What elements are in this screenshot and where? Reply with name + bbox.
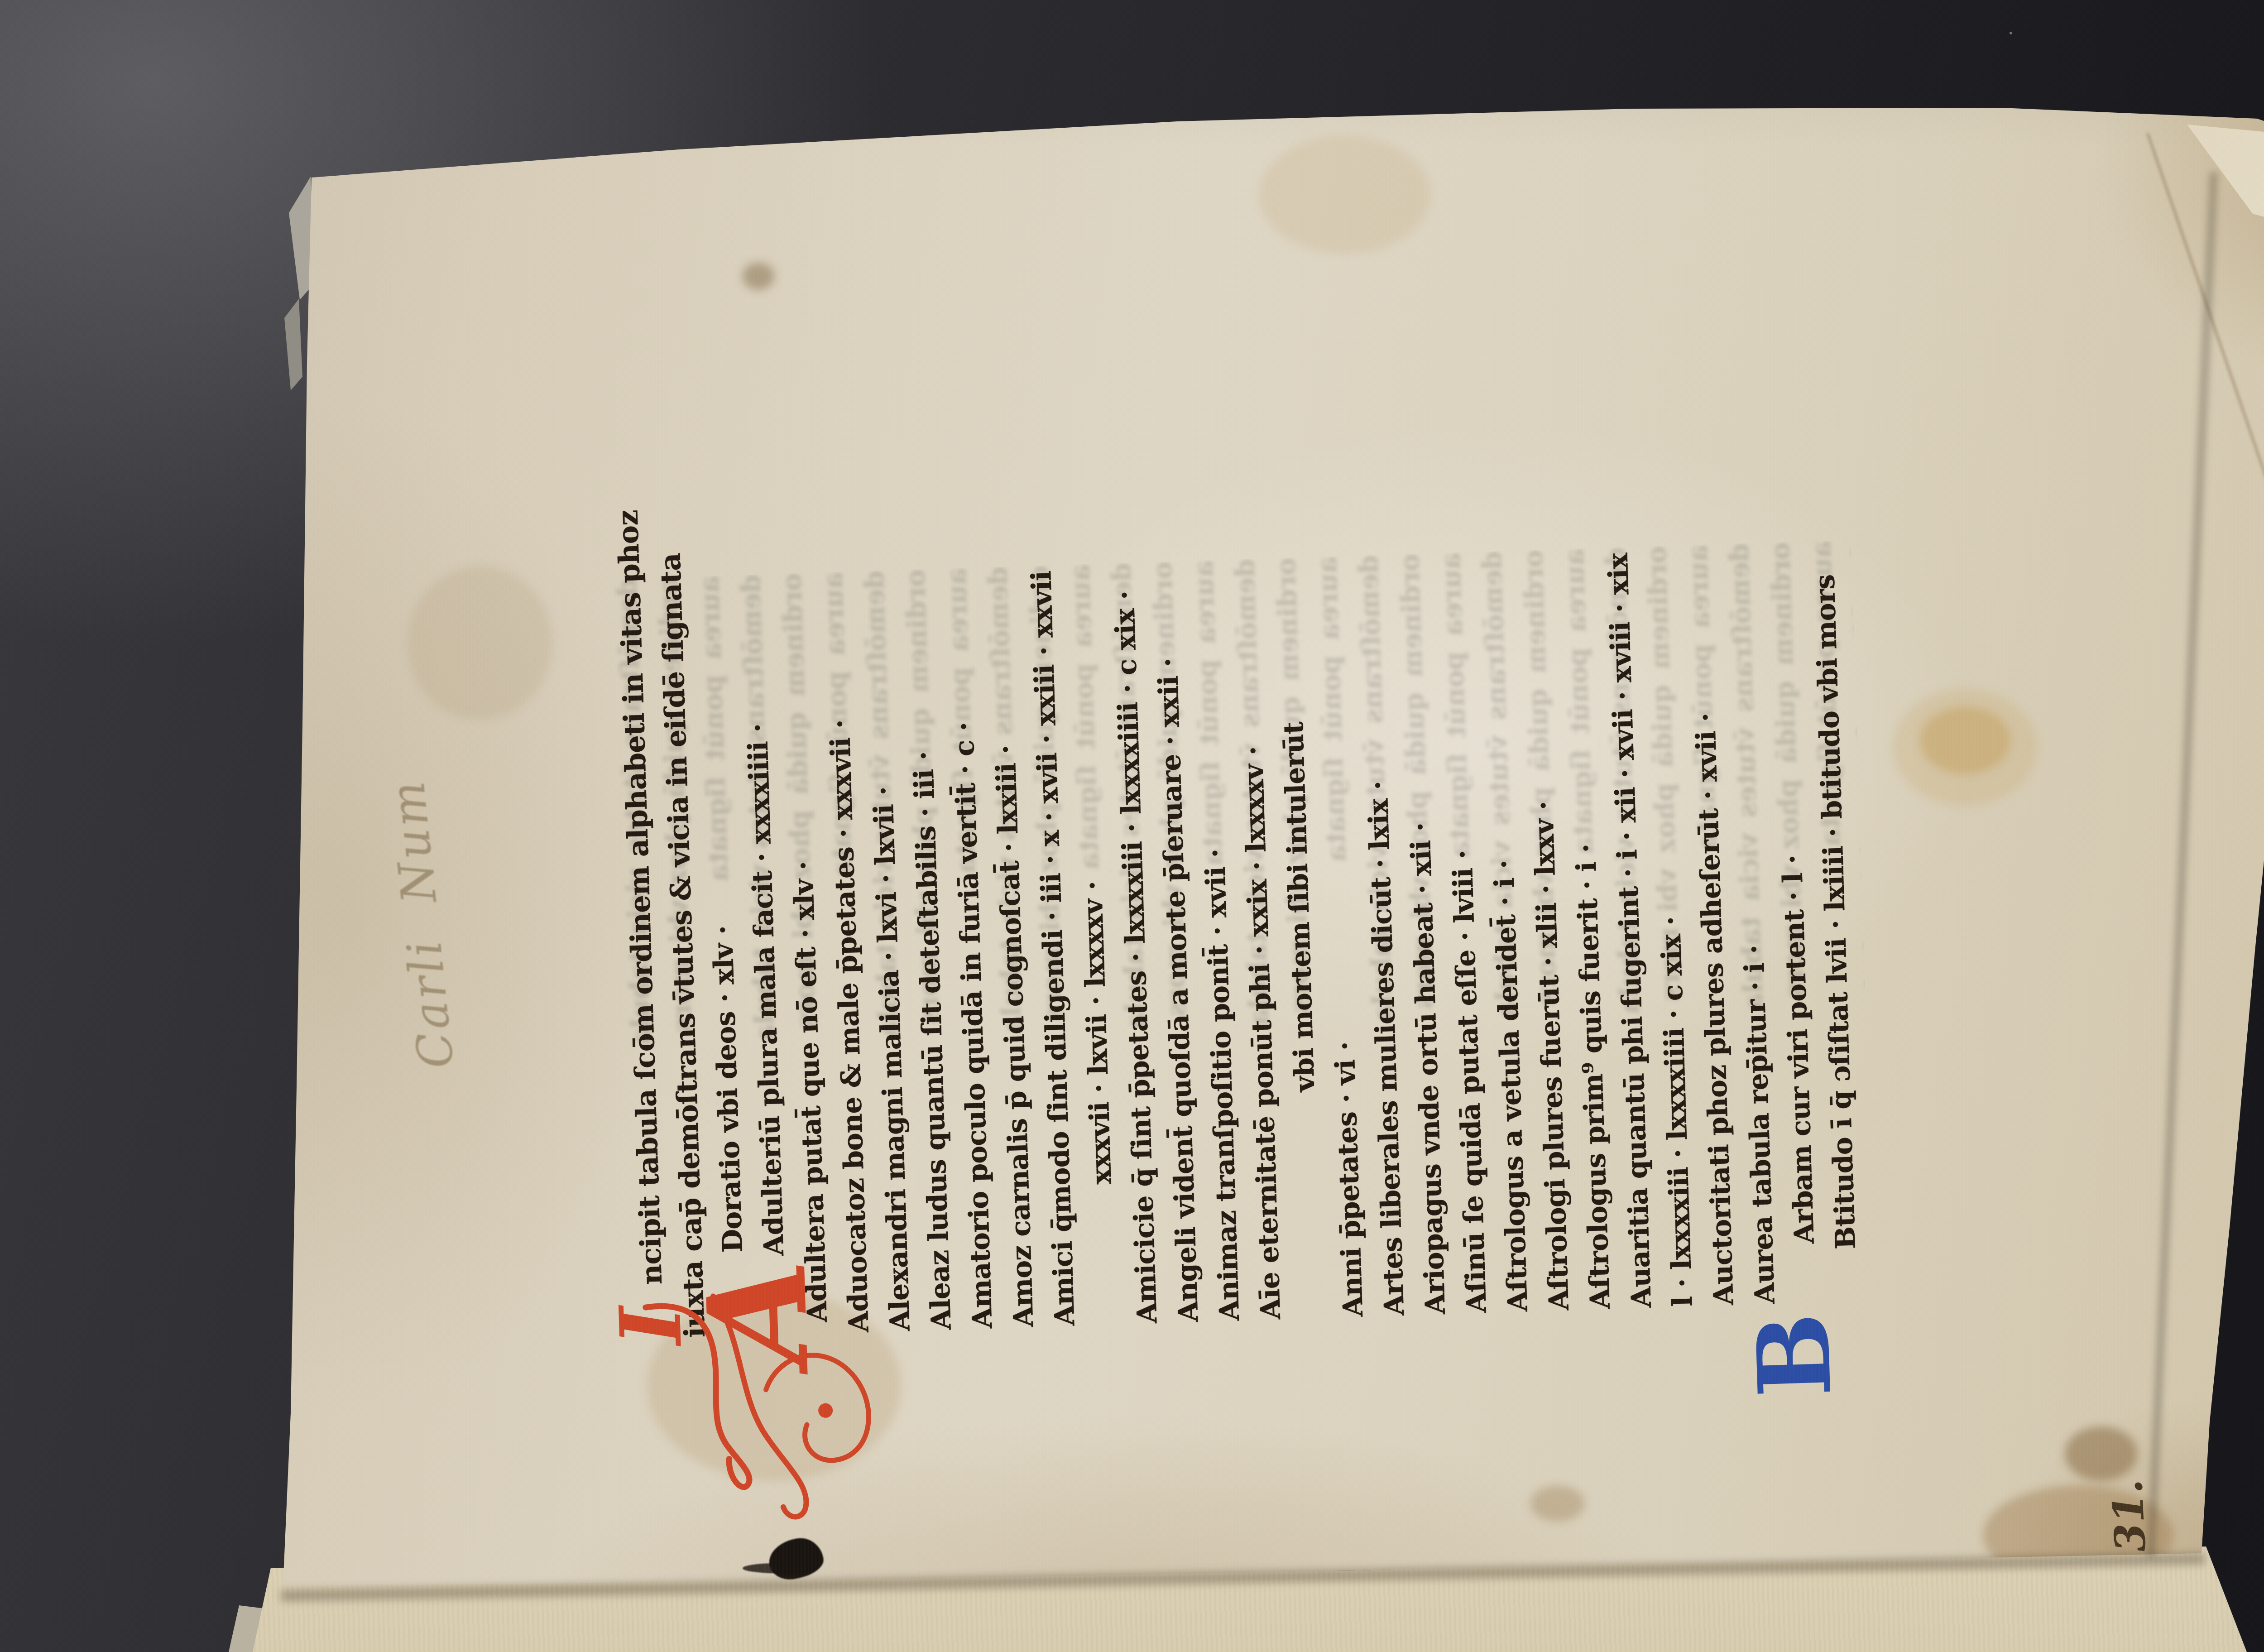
index-entry: Angeli vident̄ quoſdā a morte p̄ſeruare … xyxy=(1142,484,1209,1323)
stain xyxy=(1530,1485,1585,1522)
index-entry: Amicicie q̄ ſint p̄petates · lxxxxiii · … xyxy=(1101,485,1168,1324)
index-entry: Auctoritati phoz plures adheſerūt · xvii… xyxy=(1678,467,1745,1306)
ink-blot xyxy=(743,1563,811,1573)
index-entry: Aleaz ludus quantū ſit deteſtabilis · ii… xyxy=(895,492,963,1330)
index-entry: Aſtrologi plures fuerūt · xlii · lxxv · xyxy=(1513,472,1580,1311)
index-entry: Alexandri magni malicia · lxvi · lxvii · xyxy=(854,493,921,1332)
index-entry: Anni p̄petates · vi · xyxy=(1307,479,1374,1317)
stain xyxy=(1893,688,2038,806)
tabula-heading: ncipit tabula ſcōm ordinem alphabeti in … xyxy=(607,499,715,1340)
index-entry: Ariopagus vnde ortū habeat · xii · xyxy=(1389,476,1457,1315)
ink-blot xyxy=(2222,1468,2246,1494)
index-entry: Adulteriū plura mala facit · xxxxiiii · xyxy=(730,497,796,1256)
stain xyxy=(1032,68,1073,100)
index-entry: Amoz carnalis p̄ quid cognoſcat̄ · lxxii… xyxy=(977,489,1045,1328)
rubric-initial-a-flourish xyxy=(686,1277,902,1528)
heading-line-2: iuxta cap̄ demōſtrans v̄tutes & vicia in… xyxy=(648,499,715,1338)
text-block: demōſtrans v̄tutes vicia tabula ordinem … xyxy=(607,463,1882,1340)
dust-speck xyxy=(2010,32,2012,34)
photograph-of-incunable-page: demōſtrans v̄tutes vicia tabula ordinem … xyxy=(0,0,2264,1652)
stain xyxy=(2065,1426,2137,1481)
heading-line-1: ncipit tabula ſcōm ordinem alphabeti in … xyxy=(607,501,672,1285)
rubric-initial-i-flourish xyxy=(627,1277,769,1498)
stain xyxy=(743,263,774,290)
index-entry: Animaz tranſpoſitio ponit̄ · xvii · xyxy=(1183,483,1251,1321)
index-entry: Amatorio poculo quidā in furiā vertit̄ ·… xyxy=(936,490,1004,1329)
index-entry: vbi mortem ſibi intulerūt xyxy=(1266,480,1326,1092)
index-entry: l · lxxxxiii · lxxxxiiii · c xix · xyxy=(1636,469,1704,1307)
index-entry: Aſtrologus a vetula deridet̄ · i · xyxy=(1472,474,1539,1312)
stain xyxy=(1259,136,1431,254)
index-entry: Aīe eternitatē ponūt phi · xxix · lxxxxv… xyxy=(1224,481,1292,1320)
index-entry: Aurea tabula rep̄itur · i · xyxy=(1719,466,1786,1305)
index-entry: Btitudo ī q̄ ɔſiſtat lvii · lxiiii · bti… xyxy=(1801,463,1867,1250)
blue-initial-b: B xyxy=(1743,1311,1845,1399)
index-entry: Aſtrologus prim⁹ quis fuerit · i · xyxy=(1554,471,1621,1310)
index-entries: Doratio vbi deos · xlv ·Adulteriū plura … xyxy=(689,463,1869,1337)
stain xyxy=(408,566,552,720)
ink-blot xyxy=(766,1535,825,1582)
index-entry: Arbam cur viri portent · l · xyxy=(1760,465,1826,1244)
handwritten-inscription: Carli Num xyxy=(379,776,465,1071)
index-entry: Aduocatoz bone & male p̄petates · xxxvii… xyxy=(813,495,880,1333)
stain xyxy=(648,1291,901,1481)
rubric-initial-i: I xyxy=(609,1305,694,1346)
folded-corner xyxy=(0,0,2264,1652)
index-entry: Adultera putat̄ que nō eſt · xlv · xyxy=(772,496,839,1323)
index-entry: Doratio vbi deos · xlv · xyxy=(689,498,754,1253)
stain xyxy=(1920,706,2010,774)
index-entry: Aſinū ſe quidā putat eſſe · lviii · xyxy=(1430,475,1498,1314)
index-entry: Artes liberales mulieres dicūt · lxix · xyxy=(1348,478,1415,1316)
index-entry: Auaritia quantū phi fugerint · i · xii ·… xyxy=(1595,470,1663,1308)
show-through-text: demōſtrans v̄tutes vicia tabula ordinem … xyxy=(606,540,1866,1059)
index-entry: xxxvii · lxvii · lxxxxv · xyxy=(1060,487,1122,1185)
book-page: demōſtrans v̄tutes vicia tabula ordinem … xyxy=(0,0,2264,1652)
rubric-initial-a: A xyxy=(689,1258,828,1368)
index-entry: Amici q̄modo ſint diligendi · iii · x · … xyxy=(1018,488,1086,1326)
